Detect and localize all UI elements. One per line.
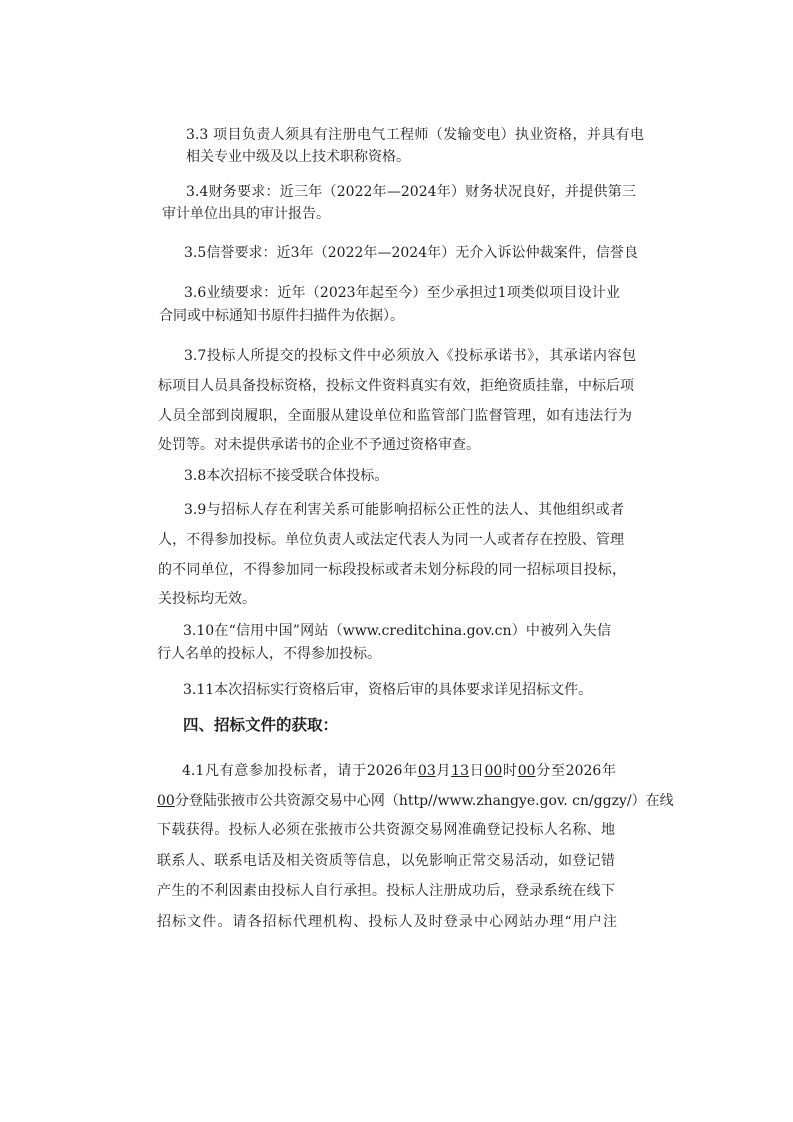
paragraph-3-9-line-1: 3.9与招标人存在利害关系可能影响招标公正性的法人、其他组织或者个 (184, 500, 624, 520)
paragraph-4-1-line-1: 4.1凡有意参加投标者，请于2026年03月13日00时00分至2026年04月… (182, 761, 616, 781)
text-segment: 4.1凡有意参加投标者，请于2026年 (182, 763, 418, 779)
paragraph-3-4-line-1: 3.4财务要求：近三年（2022年—2024年）财务状况良好，并提供第三方 (186, 182, 636, 202)
paragraph-3-9-line-3: 的不同单位，不得参加同一标段投标或者未划分标段的同一招标项目投标，否则，相 (158, 560, 626, 580)
text-segment: 分至2026年 (536, 763, 616, 779)
paragraph-3-7-line-3: 人员全部到岗履职，全面服从建设单位和监管部门监督管理，如有违法行为接受 (158, 406, 632, 426)
paragraph-3-6-line-2: 合同或中标通知书原件扫描件为依据）。 (159, 306, 404, 326)
paragraph-4-1-line-2: 00分登陆张掖市公共资源交易中心网（http//www.zhangye.gov.… (157, 791, 674, 811)
paragraph-3-3-line-2: 相关专业中级及以上技术职称资格。 (186, 147, 410, 167)
paragraph-3-11: 3.11本次招标实行资格后审，资格后审的具体要求详见招标文件。 (183, 680, 592, 700)
paragraph-4-1-line-4: 联系人、联系电话及相关资质等信息，以免影响正常交易活动，如登记错误，对 (157, 851, 615, 871)
paragraph-3-9-line-4: 关投标均无效。 (158, 589, 256, 609)
date-day-start: 13 (451, 763, 469, 779)
paragraph-3-6-line-1: 3.6业绩要求：近年（2023年起至今）至少承担过1项类似项目设计业绩（以 (184, 283, 620, 303)
time-minute-start: 00 (518, 763, 536, 779)
date-month-start: 03 (418, 763, 436, 779)
text-segment: 分登陆张掖市公共资源交易中心网（http//www.zhangye.gov. c… (175, 793, 674, 809)
paragraph-4-1-line-6: 招标文件。请各招标代理机构、投标人及时登录中心网站办理“用户注册”相关事宜， (157, 912, 617, 932)
section-4-heading: 四、招标文件的获取： (183, 715, 338, 735)
text-segment: 月 (436, 763, 451, 779)
paragraph-3-4-line-2: 审计单位出具的审计报告。 (162, 204, 330, 224)
paragraph-3-9-line-2: 人，不得参加投标。单位负责人或法定代表人为同一人或者存在控股、管理关系 (158, 530, 624, 550)
paragraph-3-7-line-4: 处罚等。对未提供承诺书的企业不予通过资格审查。 (158, 435, 480, 455)
paragraph-3-10-line-1: 3.10在“信用中国”网站（www.creditchina.gov.cn）中被列… (183, 621, 611, 641)
time-hour-start: 00 (484, 763, 502, 779)
paragraph-3-10-line-2: 行人名单的投标人，不得参加投标。 (157, 644, 381, 664)
paragraph-3-7-line-1: 3.7投标人所提交的投标文件中必须放入《投标承诺书》，其承诺内容包括：投 (184, 346, 636, 366)
paragraph-3-8: 3.8本次招标不接受联合体投标。 (184, 466, 388, 486)
text-segment: 日 (469, 763, 484, 779)
paragraph-4-1-line-3: 下载获得。投标人必须在张掖市公共资源交易网准确登记投标人名称、地址、 (157, 820, 615, 840)
text-segment: 时 (502, 763, 517, 779)
paragraph-4-1-line-5: 产生的不利因素由投标人自行承担。投标人注册成功后，登录系统在线下载电子版 (157, 881, 615, 901)
time-minute-end: 00 (157, 793, 175, 809)
paragraph-3-5: 3.5信誉要求：近3年（2022年—2024年）无介入诉讼仲裁案件，信誉良好。 (184, 243, 638, 263)
paragraph-3-7-line-2: 标项目人员具备投标资格，投标文件资料真实有效，拒绝资质挂靠，中标后项目 (158, 376, 634, 396)
paragraph-3-3-line-1: 3.3 项目负责人须具有注册电气工程师（发输变电）执业资格，并具有电力 (186, 125, 644, 145)
